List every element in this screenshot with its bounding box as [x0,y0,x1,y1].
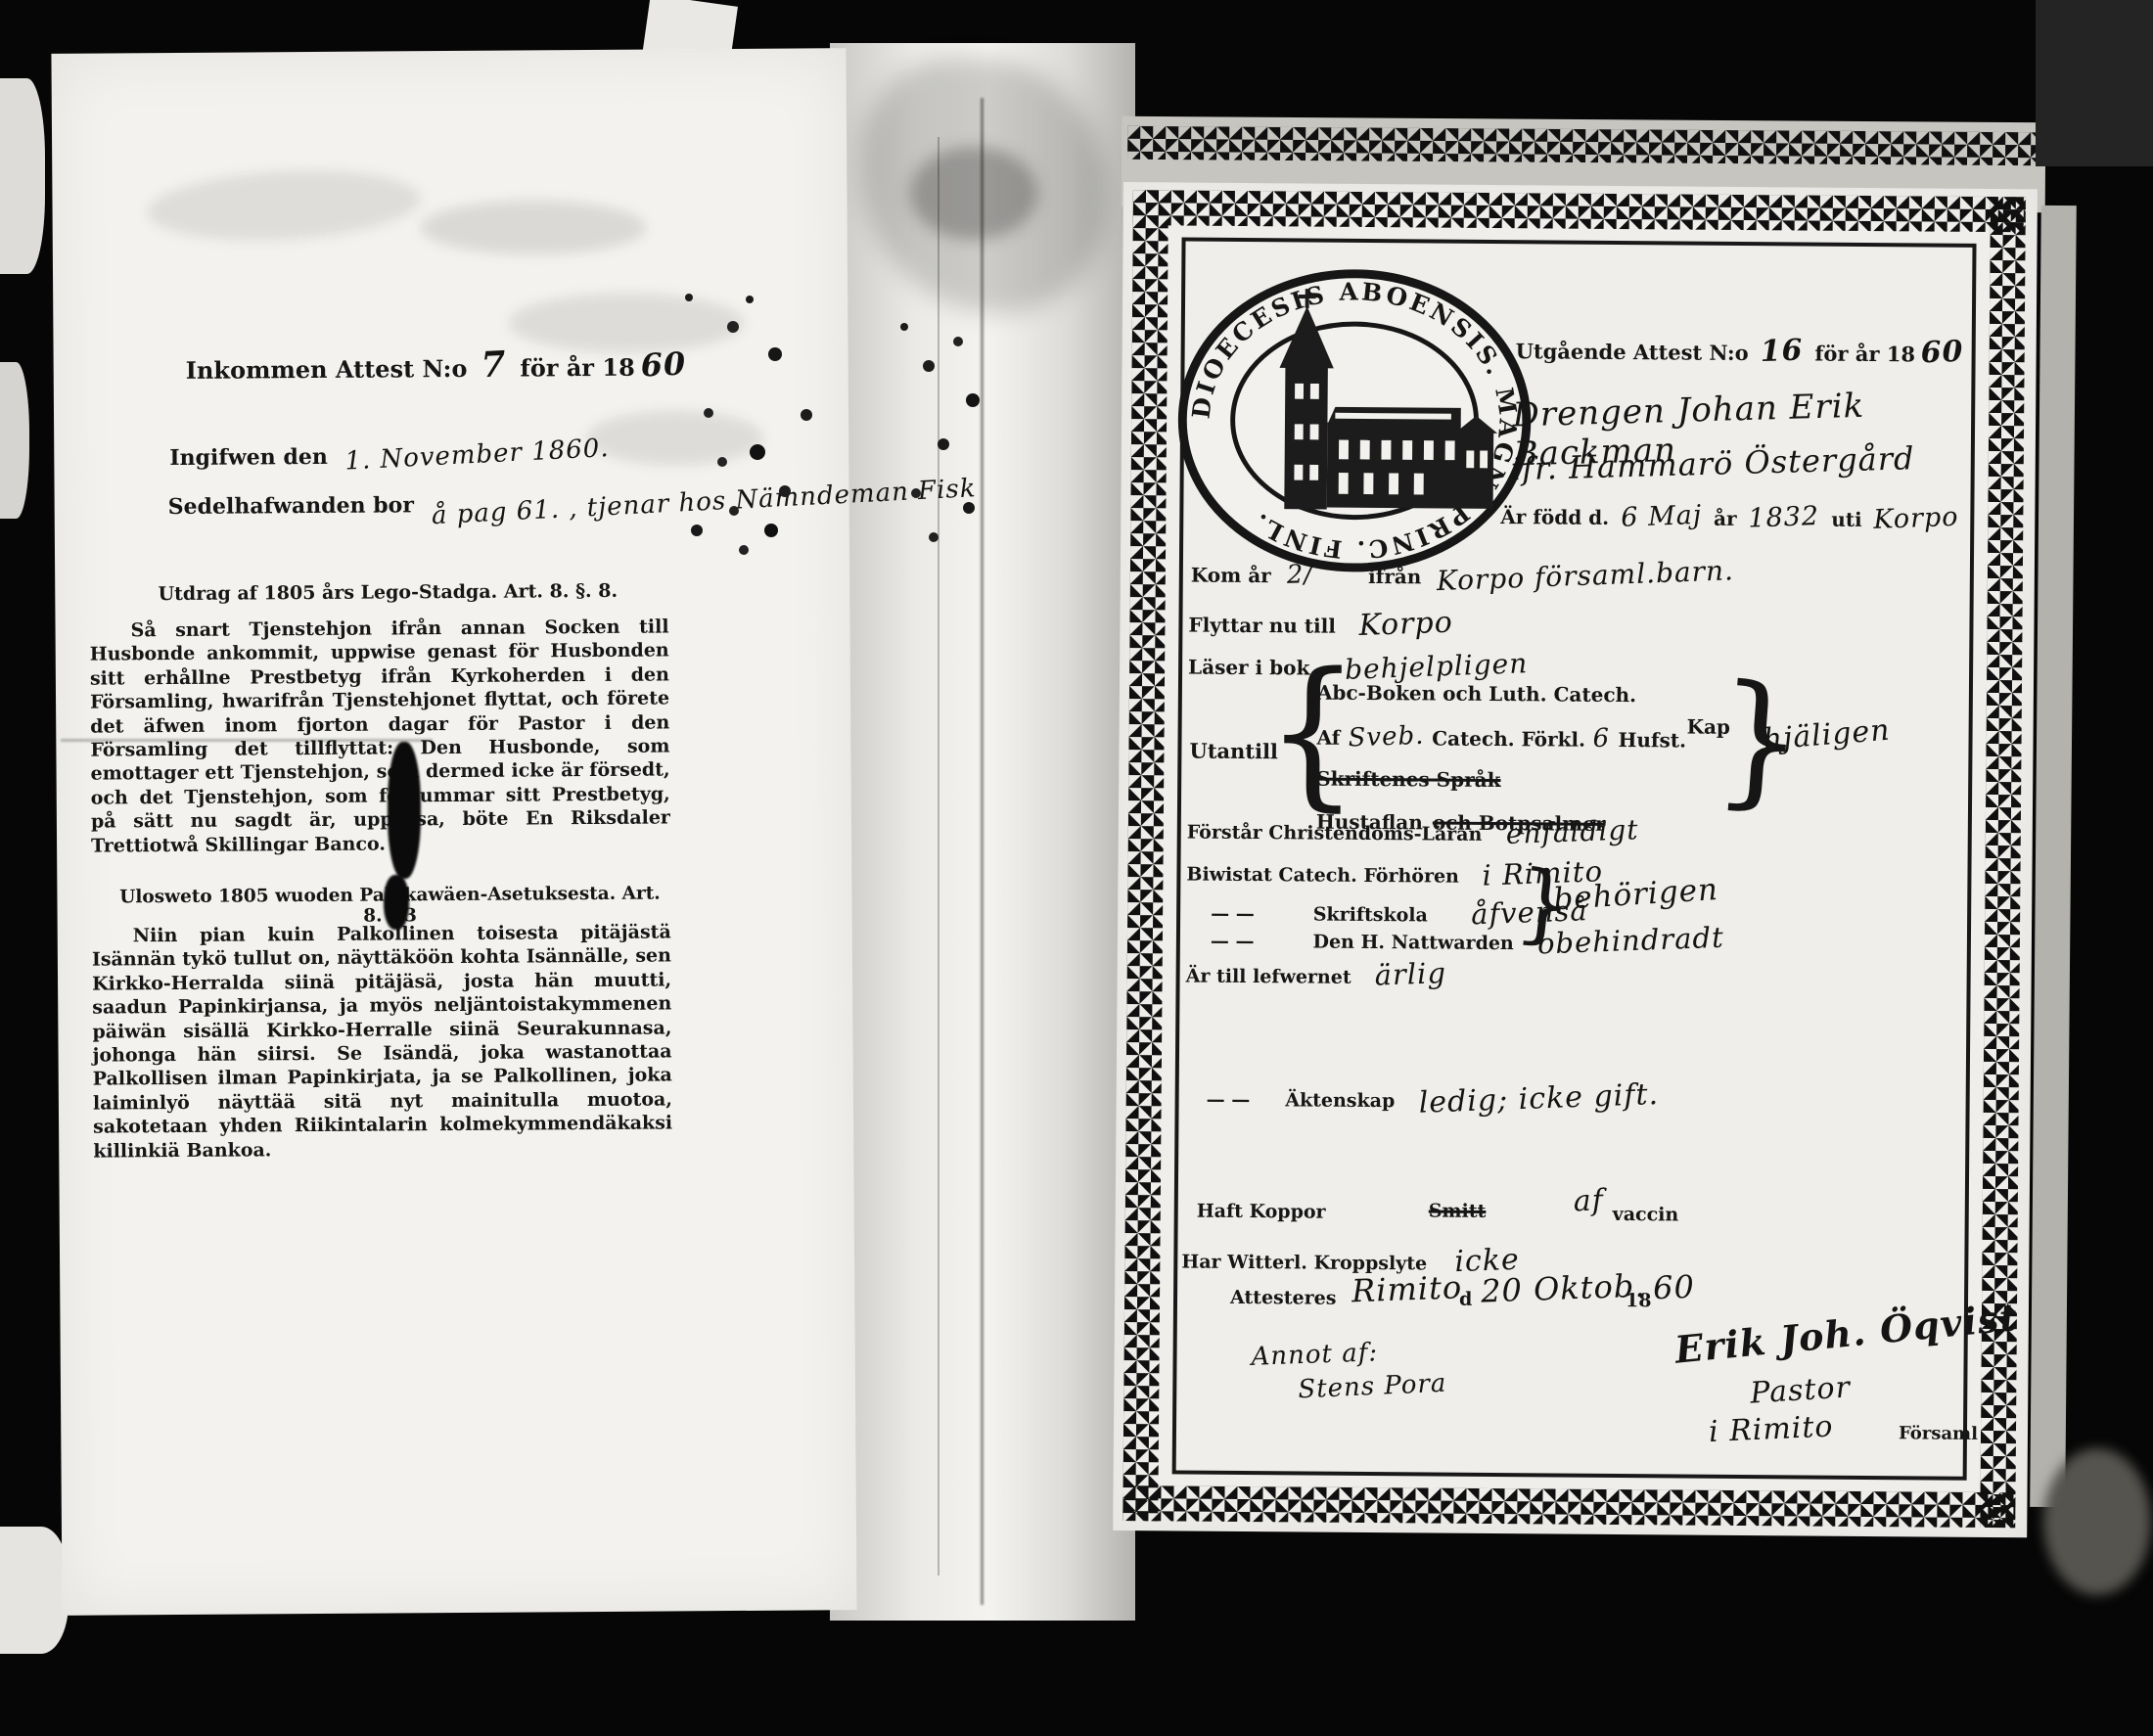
moving-line: Flyttar nu till Korpo [1188,606,1453,642]
uti-label: uti [1831,508,1862,531]
swedish-extract-heading: Utdrag af 1805 års Lego-Stadga. Art. 8. … [84,579,691,605]
conduct-line: Är till lefwernet ärlig [1186,956,1447,991]
signature-place-handwritten: i Rimito [1708,1409,1834,1449]
kom-ar-label: Kom år [1191,564,1271,588]
lace-border-bottom [1122,1485,2015,1528]
gutter-top-dark-blob [910,147,1037,240]
ink-blot-large [388,742,421,879]
top-right-shadow [2036,0,2153,166]
aktenskap-label: Äktenskap [1285,1089,1395,1112]
vaccin-label: vaccin [1613,1204,1679,1226]
nattwarden-label: Den H. Nattwarden [1312,932,1513,955]
gutter-crease-line [981,98,984,1605]
communion-line: — — Den H. Nattwarden obehindradt [1211,921,1724,958]
birth-year-handwritten: 1832 [1748,501,1820,534]
birth-place-handwritten: Korpo [1873,502,1959,535]
behind-sheet-lace-border [1127,126,2039,166]
swedish-extract-body: Så snart Tjenstehjon ifrån annan Socken … [89,615,670,857]
right-page-title: Utgående Attest N:o 16 för år 18 60 [1516,332,1964,370]
flyttar-nu-till-label: Flyttar nu till [1188,614,1336,638]
understands-value-handwritten: enfaldigt [1505,813,1639,850]
ifran-label: ifrån [1368,565,1421,588]
reads-level-handwritten: behjelpligen [1345,647,1529,686]
page-edge-sliver-right [2030,206,2077,1507]
born-line: Är född d. 6 Maj år 1832 uti Korpo [1500,500,1959,534]
d-label: d [1459,1289,1472,1310]
right-page-attest-form: DIOECESIS ABOENSIS. MAGNI PRINC. FINL. [1113,182,2038,1537]
received-line: Ingifwen den 1. November 1860. [169,439,610,472]
came-from-handwritten: Korpo församl.barn. [1437,554,1735,597]
catech-forkl-label: Catech. Förkl. [1432,726,1585,751]
af-label: Af [1316,726,1340,750]
hufst-count-handwritten: 6 [1592,724,1611,754]
attest-number-handwritten: 16 [1760,334,1804,370]
marriage-line: — — Äktenskap ledig; icke gift. [1207,1079,1659,1118]
lace-border-top [1133,190,2026,232]
left-page: Inkommen Attest N:o 7 för år 18 60 Ingif… [51,48,856,1616]
communion-value-handwritten: obehindradt [1536,921,1724,961]
left-margin-blob-3 [0,1527,69,1654]
utantill-line-2: Af Sveb. Catech. Förkl. 6 Hufst. [1316,722,1686,754]
attest-year-handwritten: 60 [1920,335,1964,371]
stain-2 [421,201,646,254]
century-18-label: 18 [1626,1290,1652,1311]
annot-label-handwritten: Annot af: [1251,1338,1379,1372]
sedelhafwanden-label: Sedelhafwanden bor [168,492,414,520]
sveb-handwritten: Sveb. [1348,721,1425,754]
understands-line: Förstår Christendoms-Läran enfaldigt [1187,813,1638,849]
diocese-seal: DIOECESIS ABOENSIS. MAGNI PRINC. FINL. [1168,264,1541,576]
forstar-christendoms-label: Förstår Christendoms-Läran [1187,822,1483,845]
bearer-line: Sedelhafwanden bor å pag 61. , tjenar ho… [168,485,978,521]
bottom-right-blob [2043,1448,2151,1595]
came-year-handwritten: 2/ [1286,560,1313,590]
gutter-crease-line-2 [938,137,939,1576]
ditto-dashes: — — [1211,931,1255,952]
haft-koppor-label: Haft Koppor [1197,1201,1326,1223]
ingifwen-den-label: Ingifwen den [169,444,328,471]
stain-3 [509,294,744,352]
biwistat-catech-label: Biwistat Catech. Förhören [1186,864,1459,888]
stain-4 [587,411,763,465]
ink-speck-cluster [685,294,693,301]
ar-till-lefwernet-label: Är till lefwernet [1186,966,1351,988]
attest-number-handwritten: 7 [480,343,507,386]
pastor-title-handwritten: Pastor [1749,1370,1852,1410]
forsaml-label: Församl [1899,1423,1978,1444]
moving-to-handwritten: Korpo [1358,606,1453,643]
left-margin-blob-2 [0,362,29,519]
finnish-extract-body: Niin pian kuin Palkollinen toisesta pitä… [92,920,673,1163]
received-date-handwritten: 1. November 1860. [344,434,611,477]
ar-fodd-label: Är född d. [1500,505,1609,529]
for-ar-18-label: för år 18 [1814,342,1915,367]
attest-place-handwritten: Rimito [1351,1268,1462,1309]
utgaende-attest-label: Utgående Attest N:o [1516,339,1749,365]
ar-label: år [1714,507,1737,530]
utantill-line-3-struck: Skriftenes Språk [1316,767,1500,792]
ink-blot-small [384,875,409,930]
attest-date-handwritten: 20 Oktob. [1481,1267,1647,1310]
page-crease-line [61,739,433,742]
came-line: Kom år 2/ ifrån Korpo församl.barn. [1191,557,1735,593]
ditto-dashes: — — [1207,1089,1251,1111]
gutter-speck-cluster [900,323,908,331]
inkommen-attest-label: Inkommen Attest N:o [186,354,468,385]
left-margin-blob-1 [0,78,45,274]
utantill-line-1: Abc-Boken och Luth. Catech. [1317,681,1636,708]
attesteres-label: Attesteres [1230,1287,1337,1309]
lace-border-left [1122,190,1168,1521]
birth-day-handwritten: 6 Maj [1621,500,1703,533]
conduct-value-handwritten: ärlig [1374,956,1446,992]
hufst-label: Hufst. [1618,728,1686,753]
af-handwritten: af [1573,1183,1604,1218]
marriage-status-handwritten: ledig; icke gift. [1418,1077,1659,1120]
smitt-struck-label: Smitt [1429,1200,1487,1221]
for-ar-18-label: för år 18 [520,353,634,383]
attest-year-handwritten: 60 [1652,1268,1695,1307]
